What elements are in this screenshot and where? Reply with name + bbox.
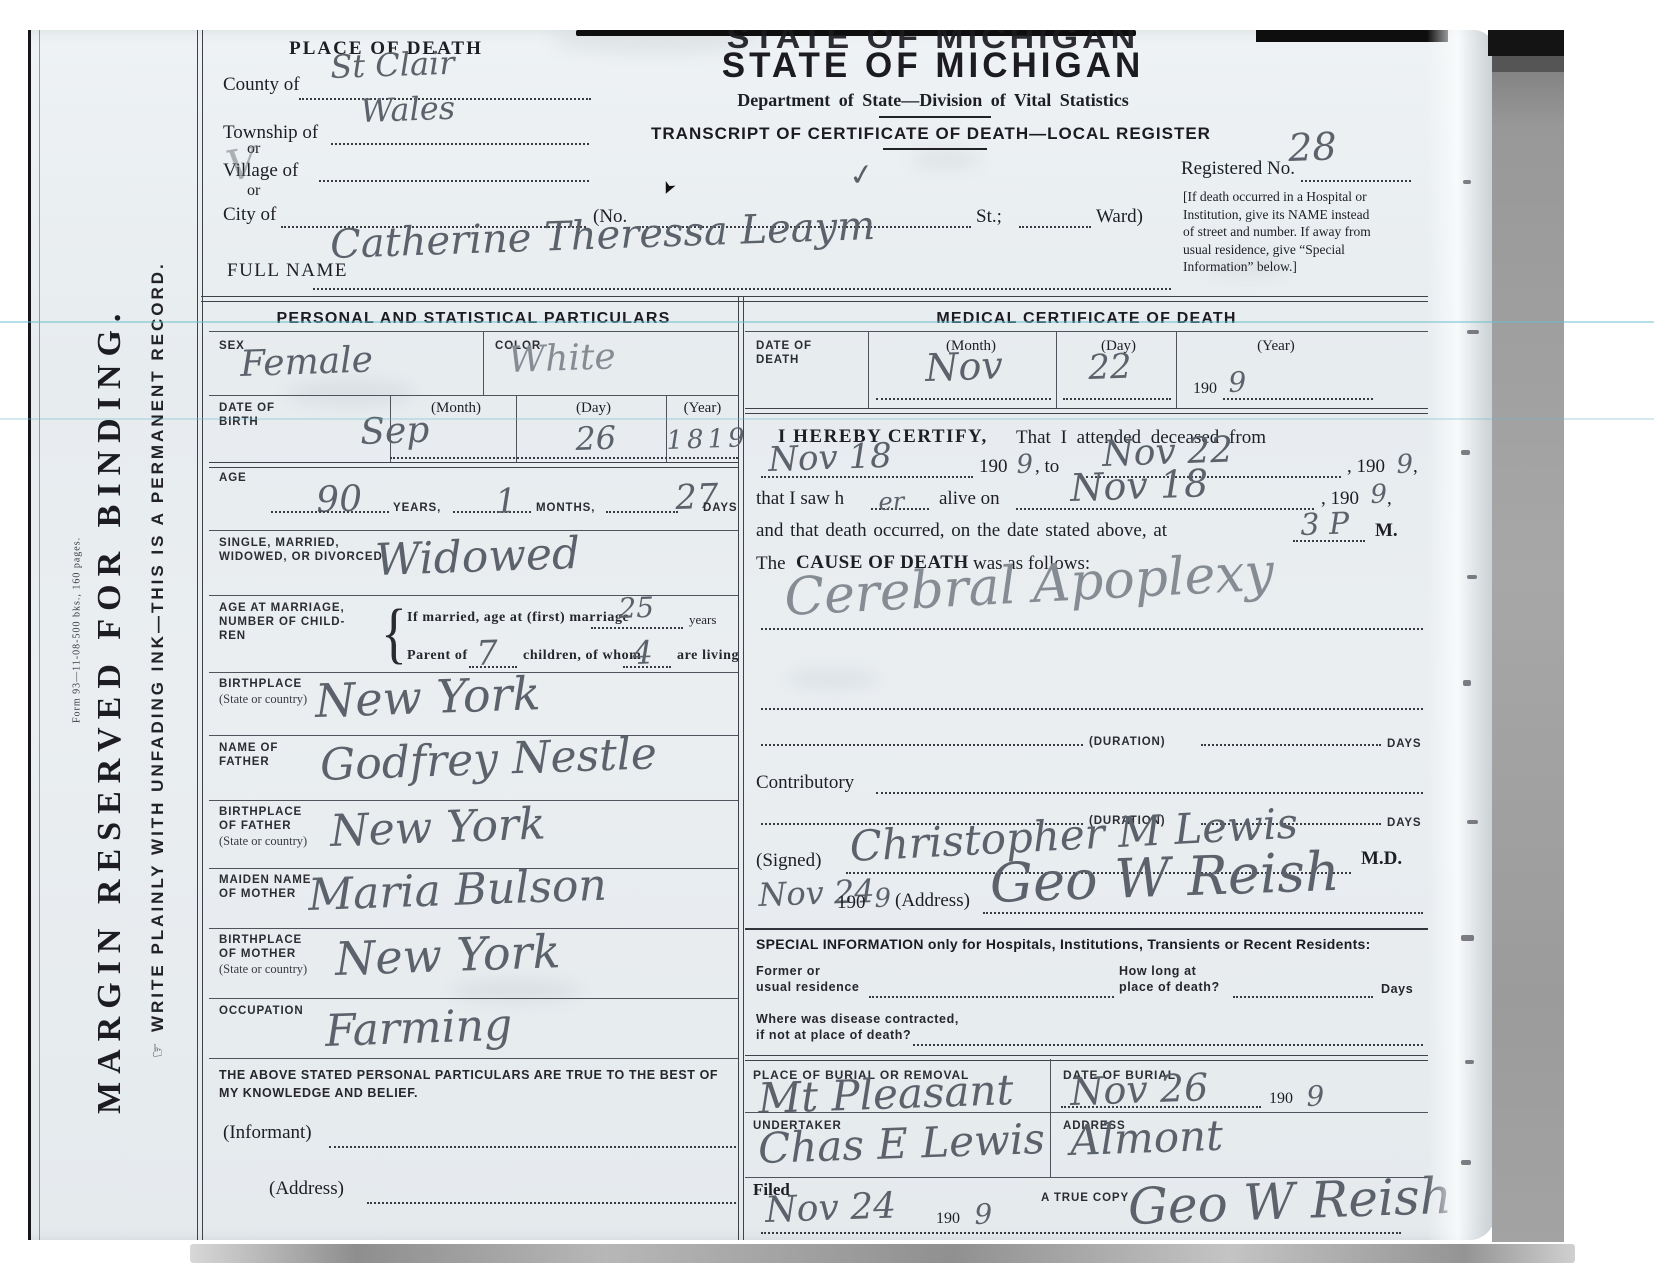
birth-year-handwriting: 1819 — [666, 423, 749, 456]
marriage-label-3: REN — [219, 630, 246, 642]
informant-label: (Informant) — [223, 1122, 312, 1144]
father-name-handwriting: Godfrey Nestle — [319, 728, 657, 791]
year-printed-prefix: 190 — [1193, 380, 1217, 398]
age-months-handwriting: 1 — [495, 481, 518, 522]
contracted-line — [913, 1044, 1423, 1046]
comma-190-label: , 190 — [1347, 456, 1385, 478]
saw-alive-label: that I saw h — [756, 488, 844, 510]
village-line — [319, 180, 589, 182]
year-column-label: (Year) — [669, 400, 736, 417]
informant-address-line — [367, 1202, 736, 1204]
year-digit-handwriting: 9 — [1396, 449, 1414, 480]
rule — [745, 331, 1428, 332]
cell-divider — [868, 332, 869, 408]
death-time-handwriting: 3 P — [1300, 506, 1350, 543]
registered-no-label: Registered No. — [1181, 158, 1295, 180]
months-label: MONTHS, — [536, 502, 595, 514]
attestation-text: THE ABOVE STATED PERSONAL PARTICULARS AR… — [219, 1066, 724, 1102]
year-printed-prefix: 190 — [837, 892, 866, 914]
section-divider-rule — [201, 296, 1428, 302]
children-of-whom-label: children, of whom — [523, 648, 641, 664]
edge-bleed-mark — [1467, 820, 1478, 824]
state-or-country-label: (State or country) — [219, 692, 307, 707]
personal-section-title: PERSONAL AND STATISTICAL PARTICULARS — [209, 310, 738, 328]
birth-month-handwriting: Sep — [360, 410, 430, 453]
marital-value-handwriting: Widowed — [374, 528, 581, 586]
age-line — [453, 511, 531, 513]
marital-status-label: SINGLE, MARRIED, — [219, 537, 339, 549]
birthplace-label: BIRTHPLACE — [219, 678, 302, 690]
cell-divider — [483, 332, 484, 395]
years-word: years — [689, 612, 716, 628]
page-edge-line — [39, 30, 40, 1240]
informant-address-label: (Address) — [269, 1178, 344, 1200]
mother-birthplace-label: BIRTHPLACE — [219, 934, 302, 946]
m-label: M. — [1375, 520, 1398, 542]
disease-contracted-label: Where was disease contracted, — [756, 1012, 959, 1026]
rule — [883, 148, 987, 150]
medical-section-title: MEDICAL CERTIFICATE OF DEATH — [745, 310, 1428, 328]
father-birthplace-label-2: OF FATHER — [219, 820, 291, 832]
residence-line — [869, 996, 1114, 998]
marriage-age-label: If married, age at (first) marriage — [407, 610, 629, 626]
cell-divider — [516, 395, 517, 462]
cell-divider — [1176, 332, 1177, 408]
duration-label: (DURATION) — [1089, 736, 1166, 748]
duration-line — [1201, 744, 1381, 746]
scan-edge-band — [1256, 30, 1448, 42]
children-line — [623, 666, 671, 668]
true-copy-label: A TRUE COPY — [1041, 1192, 1129, 1204]
marriage-label: AGE AT MARRIAGE, — [219, 602, 345, 614]
filed-line — [761, 1232, 1401, 1234]
registered-no-line — [1301, 180, 1411, 182]
age-line — [606, 511, 678, 513]
cause-line — [761, 628, 1423, 630]
former-residence-label-2: usual residence — [756, 980, 860, 994]
alive-on-label: alive on — [939, 488, 1000, 510]
year-digit-handwriting: 9 — [874, 883, 892, 914]
dod-line — [876, 398, 1051, 400]
edge-bleed-mark — [1461, 1160, 1471, 1165]
date-of-birth-label: DATE OF — [219, 402, 275, 414]
rule — [745, 408, 1428, 414]
ward-line — [1019, 226, 1091, 228]
burial-date-line — [1061, 1106, 1261, 1108]
edge-bleed-mark — [1467, 575, 1477, 579]
hospital-instruction-note: [If death occurred in a Hospital or Inst… — [1183, 188, 1375, 276]
saw-date-handwriting: Nov 18 — [1069, 461, 1208, 510]
date-of-death-label: DATE OF — [756, 340, 812, 352]
contributory-label: Contributory — [756, 772, 854, 794]
year-printed-prefix: 190 — [1269, 1090, 1293, 1108]
register-signature-handwriting: Geo W Reish — [1127, 1167, 1453, 1236]
undertaker-address-handwriting: Almont — [1069, 1111, 1223, 1165]
how-long-label: How long at — [1119, 964, 1196, 978]
county-label: County of — [223, 74, 300, 96]
years-label: YEARS, — [393, 502, 441, 514]
marriage-age-handwriting: 25 — [618, 591, 655, 625]
rule — [209, 595, 738, 596]
brace-glyph: { — [381, 594, 407, 672]
father-name-label: NAME OF — [219, 742, 278, 754]
burial-place-handwriting: Mt Pleasant — [757, 1065, 1014, 1123]
department-line: Department of State—Division of Vital St… — [623, 90, 1243, 111]
year-printed-prefix: 190 — [979, 456, 1008, 478]
occupation-label: OCCUPATION — [219, 1005, 304, 1017]
scan-dark-band — [1492, 56, 1564, 72]
scan-smudge — [911, 150, 981, 168]
attended-line — [761, 476, 973, 478]
birth-day-handwriting: 26 — [575, 419, 617, 458]
rule — [209, 462, 738, 468]
transcript-heading: TRANSCRIPT OF CERTIFICATE OF DEATH—LOCAL… — [601, 124, 1261, 144]
death-year-digit-handwriting: 9 — [1228, 365, 1247, 399]
time-line — [1293, 540, 1365, 542]
sex-value-handwriting: Female — [240, 339, 374, 385]
age-label: AGE — [219, 472, 247, 484]
edge-bleed-mark — [1463, 180, 1471, 184]
state-or-country-label: (State or country) — [219, 834, 307, 849]
are-living-label: are living — [677, 648, 739, 664]
dod-line — [1223, 398, 1373, 400]
death-day-handwriting: 22 — [1088, 347, 1133, 388]
disease-contracted-label-2: if not at place of death? — [756, 1028, 911, 1042]
physician-address-label: (Address) — [895, 890, 970, 912]
edge-bleed-mark — [1465, 1060, 1474, 1064]
days-label: DAYS — [1387, 738, 1422, 750]
days-label: DAYS — [703, 502, 738, 514]
state-title: STATE OF MICHIGAN — [623, 46, 1243, 86]
register-script-handwriting: Geo W Reish — [989, 840, 1341, 915]
father-birthplace-handwriting: New York — [329, 799, 546, 857]
rule — [209, 331, 738, 332]
filed-date-handwriting: Nov 24 — [765, 1185, 897, 1231]
rule — [745, 1055, 1428, 1061]
year-column-label: (Year) — [1186, 338, 1366, 355]
mother-maiden-name-label: MAIDEN NAME — [219, 874, 311, 886]
mother-maiden-name-label-2: OF MOTHER — [219, 888, 296, 900]
md-label: M.D. — [1361, 848, 1402, 870]
saw-her-handwriting: er — [878, 487, 905, 516]
edge-bleed-mark — [1461, 450, 1470, 455]
age-years-handwriting: 90 — [316, 478, 363, 521]
rule — [879, 116, 991, 118]
dod-line — [1063, 398, 1171, 400]
rule — [745, 1112, 1428, 1113]
edge-bleed-mark — [1463, 680, 1471, 686]
comma: , — [1413, 456, 1418, 478]
days-word-label: Days — [1381, 982, 1413, 996]
death-month-handwriting: Nov — [924, 343, 1003, 390]
full-name-line — [313, 288, 1171, 290]
margin-divider-rule — [197, 30, 203, 1240]
days-label: DAYS — [1387, 817, 1422, 829]
father-birthplace-label: BIRTHPLACE — [219, 806, 302, 818]
township-line — [331, 143, 589, 145]
edge-bleed-mark — [1467, 330, 1479, 334]
township-value-handwriting: Wales — [360, 89, 456, 130]
age-line — [271, 511, 389, 513]
dob-line — [390, 457, 738, 459]
to-label: , to — [1035, 456, 1059, 478]
saw-date-line — [1016, 508, 1314, 510]
city-label: City of — [223, 204, 276, 226]
mother-birthplace-handwriting: New York — [334, 924, 561, 986]
how-long-line — [1233, 996, 1373, 998]
marriage-label-2: NUMBER OF CHILD- — [219, 616, 345, 628]
filed-year-digit-handwriting: 9 — [974, 1197, 993, 1231]
death-occurred-label: and that death occurred, on the date sta… — [756, 520, 1167, 542]
contributory-line — [876, 792, 1423, 794]
year-digit-handwriting: 9 — [1370, 479, 1388, 510]
margin-binding-text: MARGIN RESERVED FOR BINDING. — [83, 275, 137, 1145]
informant-line — [329, 1146, 736, 1148]
date-of-death-label-2: DEATH — [756, 354, 799, 366]
year-digit-handwriting: 9 — [1016, 449, 1034, 480]
cause-line — [761, 708, 1423, 710]
ink-mark: ➤ — [656, 177, 680, 198]
rule — [745, 928, 1428, 930]
signed-label: (Signed) — [756, 850, 821, 872]
book-edge-shadow — [1492, 30, 1564, 1242]
father-name-label-2: FATHER — [219, 756, 270, 768]
marital-status-label-2: WIDOWED, OR DIVORCED — [219, 551, 383, 563]
how-long-label-2: place of death? — [1119, 980, 1220, 994]
registered-no-value-handwriting: 28 — [1287, 124, 1337, 170]
full-name-value-handwriting: Catherine Theressa Leaym — [329, 203, 875, 268]
cause-sentence-a: The — [756, 553, 786, 575]
margin-write-plainly-text: ☞ WRITE PLAINLY WITH UNFADING INK—THIS I… — [143, 165, 173, 1155]
former-residence-label: Former or — [756, 964, 820, 978]
scanner-background: Form 93—11-08-500 bks., 160 pages. MARGI… — [0, 0, 1654, 1263]
pencil-check-mark: ✓ — [847, 156, 877, 194]
date-of-birth-label-2: BIRTH — [219, 416, 259, 428]
edge-bleed-mark — [1461, 935, 1474, 941]
marriage-line — [591, 627, 683, 629]
year-printed-prefix: 190 — [936, 1210, 960, 1228]
ward-label: Ward) — [1096, 206, 1143, 228]
burial-year-digit-handwriting: 9 — [1306, 1079, 1325, 1113]
scan-bottom-edge — [190, 1244, 1575, 1263]
day-column-label: (Day) — [526, 400, 661, 417]
state-or-country-label: (State or country) — [219, 962, 307, 977]
mother-birthplace-label-2: OF MOTHER — [219, 948, 296, 960]
special-information-heading: SPECIAL INFORMATION only for Hospitals, … — [756, 936, 1371, 952]
color-value-handwriting: White — [508, 336, 617, 381]
cell-divider — [1050, 1059, 1051, 1177]
street-label: St.; — [976, 206, 1002, 228]
parent-of-label: Parent of — [407, 648, 468, 664]
page-curl — [1427, 30, 1495, 1240]
rule — [209, 998, 738, 999]
rule — [209, 395, 738, 396]
scan-black-band — [1488, 30, 1564, 56]
county-value-handwriting: St Clair — [330, 44, 456, 86]
cell-divider — [1056, 332, 1057, 408]
occupation-handwriting: Farming — [324, 1000, 513, 1057]
undertaker-handwriting: Chas E Lewis — [757, 1114, 1045, 1173]
comma: , — [1387, 488, 1392, 510]
duration-line — [761, 744, 1083, 746]
mother-maiden-name-handwriting: Maria Bulson — [307, 860, 607, 921]
death-certificate-page: Form 93—11-08-500 bks., 160 pages. MARGI… — [28, 30, 1495, 1240]
attended-from-handwriting: Nov 18 — [768, 436, 893, 480]
rule — [209, 1058, 738, 1059]
scan-smudge — [786, 670, 881, 688]
birthplace-value-handwriting: New York — [314, 666, 541, 728]
